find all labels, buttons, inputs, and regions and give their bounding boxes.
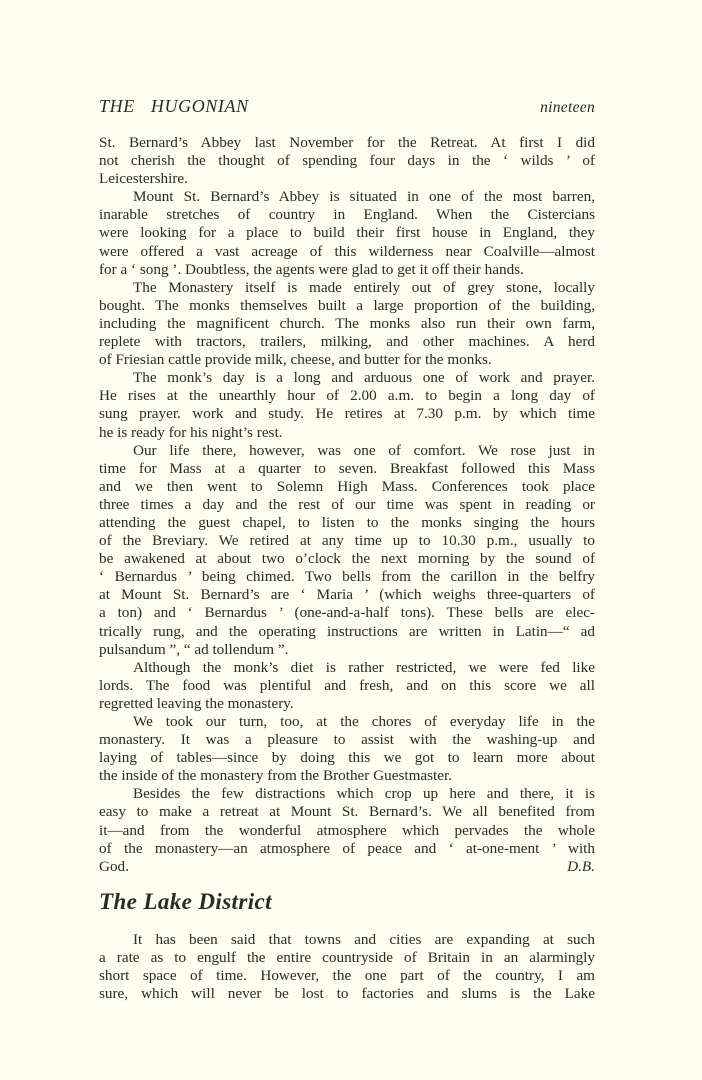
- text-line: bought. The monks themselves built a lar…: [99, 297, 595, 315]
- paragraph: The monk’s day is a long and arduous one…: [99, 369, 595, 441]
- text-line: pulsandum ”, “ ad tollendum ”.: [99, 641, 595, 659]
- text-line: and we then went to Solemn High Mass. Co…: [99, 478, 595, 496]
- text-line: it—and from the wonderful atmosphere whi…: [99, 822, 595, 840]
- text-line: Leicestershire.: [99, 170, 595, 188]
- text-line: the inside of the monastery from the Bro…: [99, 767, 595, 785]
- text-line: trically rung, and the operating instruc…: [99, 623, 595, 641]
- text-line: Our life there, however, was one of comf…: [99, 442, 595, 460]
- text-line: of the monastery—an atmosphere of peace …: [99, 840, 595, 858]
- text-line: Mount St. Bernard’s Abbey is situated in…: [99, 188, 595, 206]
- text-line: We took our turn, too, at the chores of …: [99, 713, 595, 731]
- text-line: of the Breviary. We retired at any time …: [99, 532, 595, 550]
- page-number: nineteen: [540, 99, 595, 117]
- text-line: sung prayer. work and study. He retires …: [99, 405, 595, 423]
- article-lake-district-body: It has been said that towns and cities a…: [99, 931, 595, 1003]
- paragraph-text: God.: [99, 858, 129, 876]
- text-line: monastery. It was a pleasure to assist w…: [99, 731, 595, 749]
- text-line: He rises at the unearthly hour of 2.00 a…: [99, 387, 595, 405]
- text-line: time for Mass at a quarter to seven. Bre…: [99, 460, 595, 478]
- text-line: The Monastery itself is made entirely ou…: [99, 279, 595, 297]
- text-line: not cherish the thought of spending four…: [99, 152, 595, 170]
- text-line: be awakened at about two o’clock the nex…: [99, 550, 595, 568]
- text-line: short space of time. However, the one pa…: [99, 967, 595, 985]
- text-line: God.D.B.: [99, 858, 595, 876]
- text-line: lords. The food was plentiful and fresh,…: [99, 677, 595, 695]
- author-initials: D.B.: [567, 858, 595, 876]
- paragraph: Besides the few distractions which crop …: [99, 785, 595, 875]
- text-line: for a ‘ song ’. Doubtless, the agents we…: [99, 261, 595, 279]
- paragraph: We took our turn, too, at the chores of …: [99, 713, 595, 785]
- text-line: three times a day and the rest of our ti…: [99, 496, 595, 514]
- journal-title: THE HUGONIAN: [99, 97, 249, 115]
- text-line: ‘ Bernardus ’ being chimed. Two bells fr…: [99, 568, 595, 586]
- paragraph: Our life there, however, was one of comf…: [99, 442, 595, 659]
- text-line: at Mount St. Bernard’s are ‘ Maria ’ (wh…: [99, 586, 595, 604]
- text-line: It has been said that towns and cities a…: [99, 931, 595, 949]
- scanned-magazine-page: THE HUGONIAN nineteen St. Bernard’s Abbe…: [0, 0, 702, 1080]
- page-header: THE HUGONIAN nineteen: [99, 97, 595, 117]
- text-line: were looking for a place to build their …: [99, 224, 595, 242]
- section-title-lake-district: The Lake District: [99, 889, 595, 915]
- text-line: laying of tables—since by doing this we …: [99, 749, 595, 767]
- text-line: attending the guest chapel, to listen to…: [99, 514, 595, 532]
- text-line: a rate as to engulf the entire countrysi…: [99, 949, 595, 967]
- text-line: Although the monk’s diet is rather restr…: [99, 659, 595, 677]
- paragraph: Mount St. Bernard’s Abbey is situated in…: [99, 188, 595, 278]
- text-line: including the magnificent church. The mo…: [99, 315, 595, 333]
- text-line: of Friesian cattle provide milk, cheese,…: [99, 351, 595, 369]
- text-line: a ton) and ‘ Bernardus ’ (one-and-a-half…: [99, 604, 595, 622]
- paragraph: Although the monk’s diet is rather restr…: [99, 659, 595, 713]
- text-line: Besides the few distractions which crop …: [99, 785, 595, 803]
- text-line: inarable stretches of country in England…: [99, 206, 595, 224]
- text-line: sure, which will never be lost to factor…: [99, 985, 595, 1003]
- article-retreat-body: St. Bernard’s Abbey last November for th…: [99, 134, 595, 876]
- text-line: regretted leaving the monastery.: [99, 695, 595, 713]
- text-line: he is ready for his night’s rest.: [99, 424, 595, 442]
- paragraph: The Monastery itself is made entirely ou…: [99, 279, 595, 369]
- text-line: easy to make a retreat at Mount St. Bern…: [99, 803, 595, 821]
- paragraph: St. Bernard’s Abbey last November for th…: [99, 134, 595, 188]
- text-line: were offered a vast acreage of this wild…: [99, 243, 595, 261]
- text-line: replete with tractors, trailers, milking…: [99, 333, 595, 351]
- text-line: St. Bernard’s Abbey last November for th…: [99, 134, 595, 152]
- paragraph: It has been said that towns and cities a…: [99, 931, 595, 1003]
- text-line: The monk’s day is a long and arduous one…: [99, 369, 595, 387]
